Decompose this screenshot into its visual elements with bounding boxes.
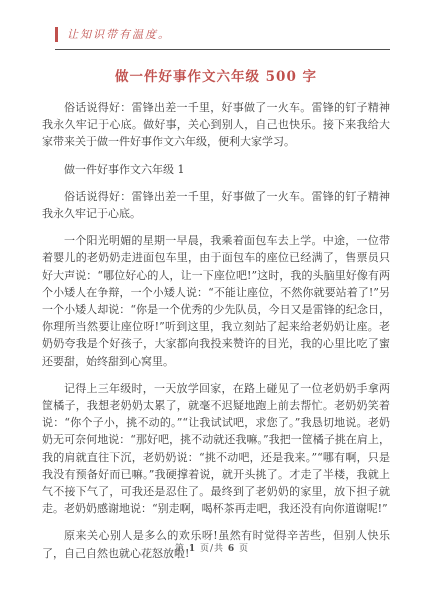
footer-separator: 页/共 (200, 544, 224, 554)
footer-page-suffix: 页 (239, 544, 249, 554)
document-title: 做一件好事作文六年级 500 字 (42, 65, 390, 85)
page-header: 让知识带有温度。 (42, 26, 390, 50)
page-footer: 第 1 页/共 6 页 (0, 541, 424, 554)
body-paragraph: 记得上三年级时，一天放学回家，在路上碰见了一位老奶奶手拿两筐橘子，我想老奶奶太累… (42, 380, 390, 518)
document-body: 俗话说得好：雷锋出差一千里，好事做了一火车。雷锋的钉子精神我永久牢记于心底。做好… (42, 99, 390, 562)
header-slogan-row: 让知识带有温度。 (55, 26, 390, 42)
footer-current-page: 1 (189, 544, 196, 554)
body-paragraph: 俗话说得好：雷锋出差一千里，好事做了一火车。雷锋的钉子精神我永久牢记于心底。 (42, 188, 390, 222)
intro-paragraph: 俗话说得好：雷锋出差一千里，好事做了一火车。雷锋的钉子精神我永久牢记于心底。做好… (42, 99, 390, 151)
header-slogan-text: 让知识带有温度。 (58, 26, 171, 42)
document-page: 让知识带有温度。 做一件好事作文六年级 500 字 俗话说得好：雷锋出差一千里，… (0, 0, 424, 600)
section-heading: 做一件好事作文六年级 1 (42, 161, 390, 178)
body-paragraph: 一个阳光明媚的星期一早晨，我乘着面包车去上学。中途，一位带着婴儿的老奶奶走进面包… (42, 232, 390, 370)
header-divider (55, 49, 390, 50)
footer-total-pages: 6 (228, 544, 235, 554)
footer-page-prefix: 第 (175, 544, 185, 554)
